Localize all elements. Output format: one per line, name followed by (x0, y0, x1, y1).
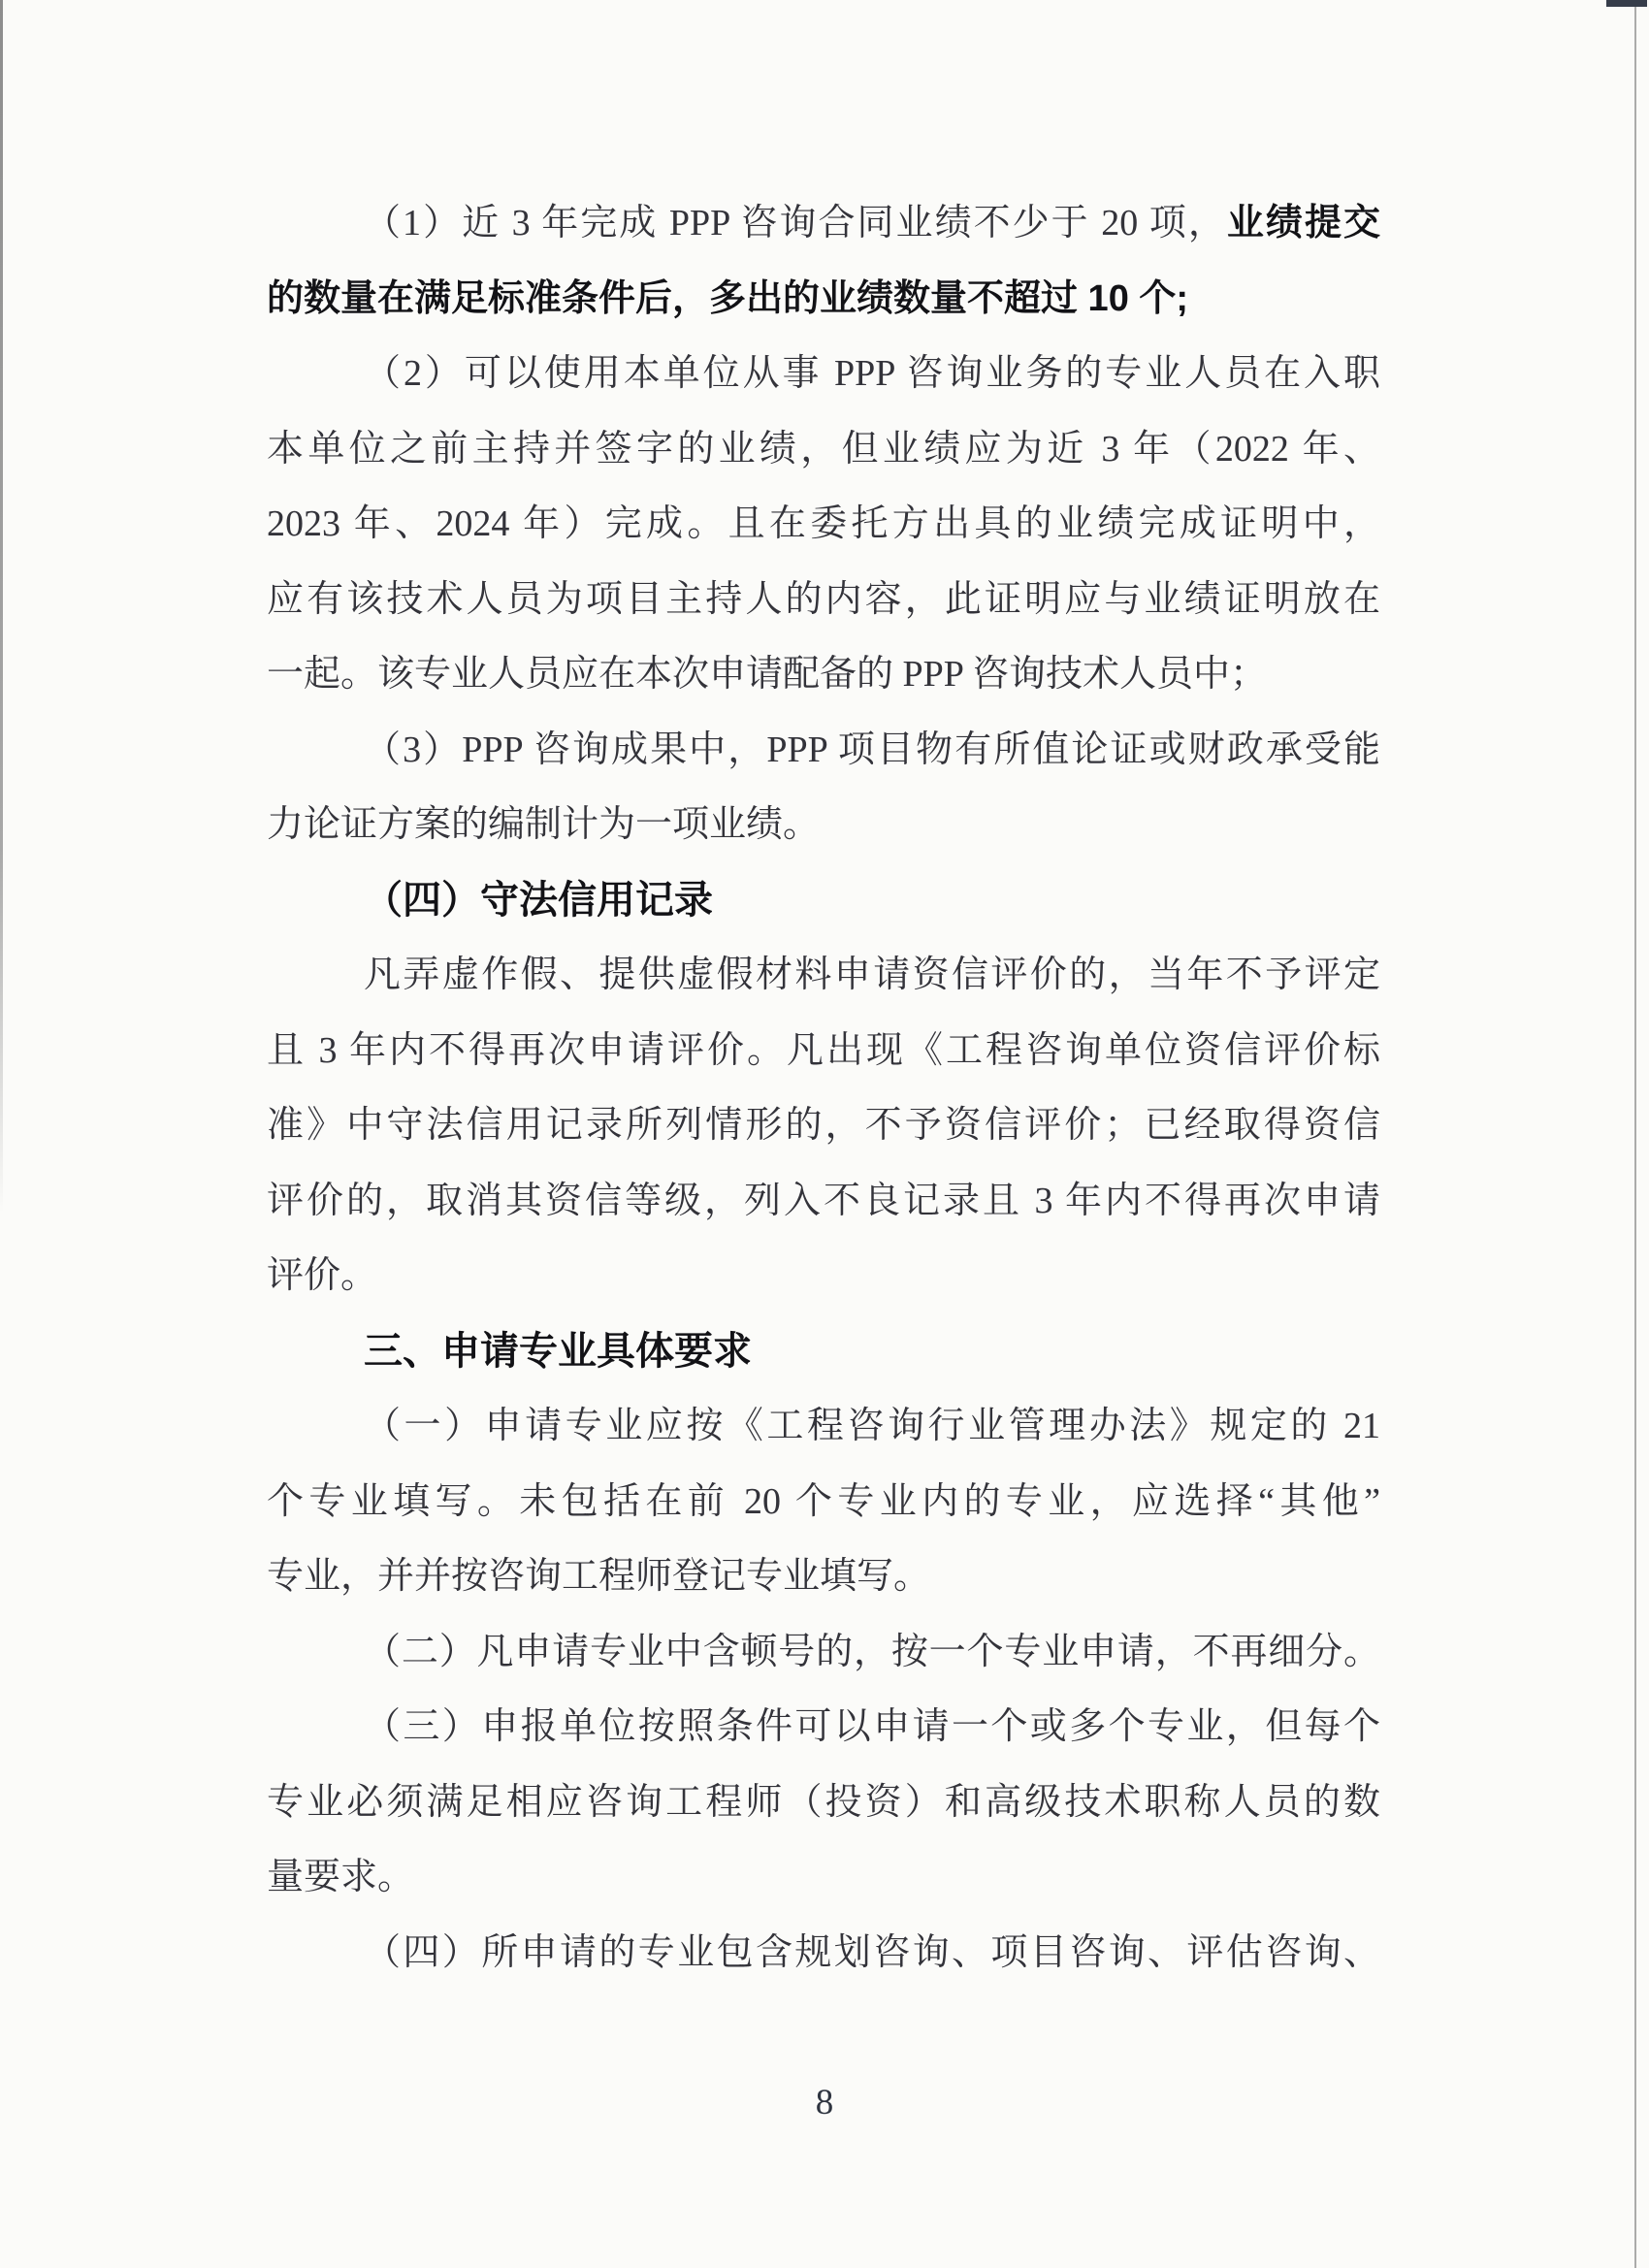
text-segment: 评价。 (267, 1255, 377, 1296)
text-line: （三）申报单位按照条件可以申请一个或多个专业，但每个 (267, 1690, 1380, 1766)
text-segment: 凡弄虚作假、提供虚假材料申请资信评价的，当年不予评定 (364, 955, 1380, 995)
text-segment: 应有该技术人员为项目主持人的内容，此证明应与业绩证明放在 (267, 579, 1380, 620)
text-segment: （二）凡申请专业中含顿号的，按一个专业申请，不再细分。 (364, 1632, 1380, 1672)
emphasis-text-segment: 的数量在满足标准条件后，多出的业绩数量不超过 10 个; (267, 278, 1188, 319)
text-segment: 专业必须满足相应咨询工程师（投资）和高级技术职称人员的数 (267, 1782, 1380, 1823)
emphasis-text-segment: （四）守法信用记录 (364, 879, 713, 922)
text-segment: （四）所申请的专业包含规划咨询、项目咨询、评估咨询、 (364, 1932, 1380, 1973)
text-line: （3）PPP 咨询成果中，PPP 项目物有所值论证或财政承受能 (267, 713, 1380, 789)
text-line: 本单位之前主持并签字的业绩，但业绩应为近 3 年（2022 年、 (267, 412, 1380, 488)
text-line: 力论证方案的编制计为一项业绩。 (267, 788, 1380, 863)
text-line: （二）凡申请专业中含顿号的，按一个专业申请，不再细分。 (267, 1615, 1380, 1691)
text-segment: 力论证方案的编制计为一项业绩。 (267, 804, 820, 845)
text-line: （2）可以使用本单位从事 PPP 咨询业务的专业人员在入职 (267, 337, 1380, 412)
text-segment: 一起。该专业人员应在本次申请配备的 PPP 咨询技术人员中； (267, 654, 1267, 695)
text-line: （一）申请专业应按《工程咨询行业管理办法》规定的 21 (267, 1389, 1380, 1465)
text-line: 应有该技术人员为项目主持人的内容，此证明应与业绩证明放在 (267, 563, 1380, 638)
text-line: 且 3 年内不得再次申请评价。凡出现《工程咨询单位资信评价标 (267, 1014, 1380, 1089)
scan-edge-right-artifact (1634, 0, 1636, 2268)
emphasis-text-segment: 三、申请专业具体要求 (364, 1330, 752, 1373)
text-line: 2023 年、2024 年）完成。且在委托方出具的业绩完成证明中， (267, 487, 1380, 563)
text-line: 专业，并并按咨询工程师登记专业填写。 (267, 1539, 1380, 1615)
text-segment: 本单位之前主持并签字的业绩，但业绩应为近 3 年（2022 年、 (267, 429, 1380, 470)
text-line: （1）近 3 年完成 PPP 咨询合同业绩不少于 20 项，业绩提交 (267, 186, 1380, 262)
emphasis-text-segment: 业绩提交 (1227, 203, 1380, 243)
text-line: 专业必须满足相应咨询工程师（投资）和高级技术职称人员的数 (267, 1766, 1380, 1841)
text-line: （四）所申请的专业包含规划咨询、项目咨询、评估咨询、 (267, 1916, 1380, 1992)
text-segment: 量要求。 (267, 1857, 414, 1897)
text-segment: 个专业填写。未包括在前 20 个专业内的专业，应选择“其他” (267, 1481, 1380, 1522)
text-segment: （1）近 3 年完成 PPP 咨询合同业绩不少于 20 项， (364, 203, 1227, 243)
scan-edge-left-artifact (0, 0, 3, 1213)
text-line: 的数量在满足标准条件后，多出的业绩数量不超过 10 个; (267, 262, 1380, 338)
text-line: 评价。 (267, 1239, 1380, 1314)
text-lines: （1）近 3 年完成 PPP 咨询合同业绩不少于 20 项，业绩提交的数量在满足… (267, 186, 1380, 1991)
text-segment: 专业，并并按咨询工程师登记专业填写。 (267, 1556, 930, 1597)
text-segment: 评价的，取消其资信等级，列入不良记录且 3 年内不得再次申请 (267, 1181, 1380, 1221)
page-number: 8 (0, 2082, 1649, 2123)
section-heading: 三、申请专业具体要求 (267, 1314, 1380, 1390)
scan-corner-mark-artifact (1606, 0, 1647, 7)
document-page: （1）近 3 年完成 PPP 咨询合同业绩不少于 20 项，业绩提交的数量在满足… (0, 0, 1649, 2268)
text-segment: 且 3 年内不得再次申请评价。凡出现《工程咨询单位资信评价标 (267, 1030, 1380, 1071)
text-segment: （三）申报单位按照条件可以申请一个或多个专业，但每个 (364, 1706, 1380, 1747)
text-segment: 2023 年、2024 年）完成。且在委托方出具的业绩完成证明中， (267, 503, 1380, 544)
text-line: 量要求。 (267, 1840, 1380, 1916)
section-heading: （四）守法信用记录 (267, 863, 1380, 939)
text-segment: （2）可以使用本单位从事 PPP 咨询业务的专业人员在入职 (364, 353, 1380, 394)
text-line: 凡弄虚作假、提供虚假材料申请资信评价的，当年不予评定 (267, 938, 1380, 1014)
text-line: 个专业填写。未包括在前 20 个专业内的专业，应选择“其他” (267, 1465, 1380, 1540)
text-segment: 准》中守法信用记录所列情形的，不予资信评价；已经取得资信 (267, 1105, 1380, 1146)
text-line: 一起。该专业人员应在本次申请配备的 PPP 咨询技术人员中； (267, 637, 1380, 713)
text-segment: （一）申请专业应按《工程咨询行业管理办法》规定的 21 (364, 1406, 1380, 1446)
text-line: 准》中守法信用记录所列情形的，不予资信评价；已经取得资信 (267, 1088, 1380, 1164)
text-line: 评价的，取消其资信等级，列入不良记录且 3 年内不得再次申请 (267, 1164, 1380, 1240)
text-segment: （3）PPP 咨询成果中，PPP 项目物有所值论证或财政承受能 (364, 729, 1380, 770)
